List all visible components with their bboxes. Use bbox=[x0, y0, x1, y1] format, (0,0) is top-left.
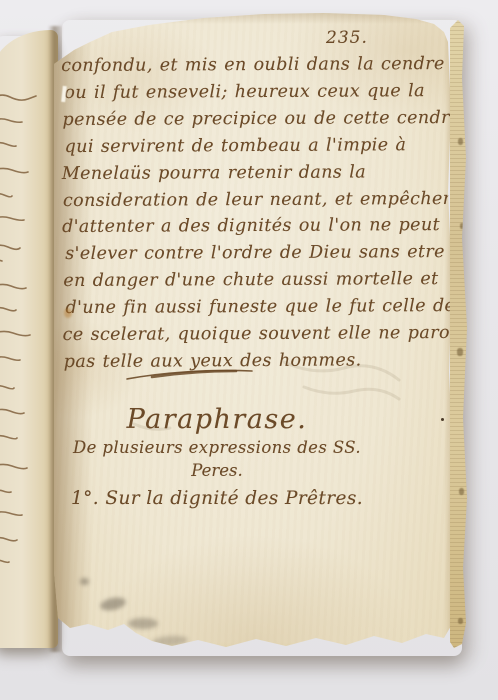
manuscript-line: ce scelerat, quoique souvent elle ne par… bbox=[63, 320, 455, 349]
manuscript-line: consideration de leur neant, et empêcher bbox=[63, 186, 454, 215]
ink-smudge bbox=[80, 578, 89, 585]
manuscript-line: qui servirent de tombeau a l'impie à bbox=[65, 132, 454, 161]
section-title: Paraphrase. bbox=[34, 405, 400, 435]
ink-smudge bbox=[99, 595, 127, 612]
manuscript-line: d'une fin aussi funeste que le fut celle… bbox=[65, 293, 454, 322]
book-fore-edge bbox=[450, 18, 468, 652]
manuscript-body: confondu, et mis en oubli dans la cendre… bbox=[61, 51, 455, 376]
section-item-1: 1°. Sur la dignité des Prêtres. bbox=[34, 488, 400, 510]
section-subtitle: De plusieurs expressions des SS. bbox=[34, 438, 400, 458]
manuscript-line: d'attenter a des dignités ou l'on ne peu… bbox=[62, 212, 454, 241]
manuscript-line: Menelaüs pourra retenir dans la bbox=[62, 159, 454, 188]
ink-smudge bbox=[128, 618, 158, 629]
edge-speck bbox=[457, 348, 463, 356]
manuscript-line: pensée de ce precipice ou de cette cendr… bbox=[62, 105, 453, 134]
edge-speck bbox=[458, 138, 463, 145]
manuscript-line: ou il fut enseveli; heureux ceux que la bbox=[64, 78, 453, 107]
edge-speck bbox=[460, 223, 464, 229]
manuscript-line: en danger d'une chute aussi mortelle et bbox=[63, 266, 454, 295]
manuscript-line: confondu, et mis en oubli dans la cendre bbox=[61, 51, 453, 80]
manuscript-line: s'elever contre l'ordre de Dieu sans etr… bbox=[65, 239, 454, 268]
ink-flourish-divider bbox=[124, 366, 256, 384]
edge-speck bbox=[459, 488, 464, 495]
edge-speck bbox=[458, 618, 463, 624]
page-number: 235. bbox=[326, 28, 368, 48]
manuscript-photo: 235. confondu, et mis en oubli dans la c… bbox=[0, 0, 498, 700]
paper-stain bbox=[64, 308, 72, 318]
manuscript-page: 235. confondu, et mis en oubli dans la c… bbox=[54, 12, 456, 662]
ink-dot bbox=[441, 418, 444, 421]
manuscript-line: pas telle aux yeux des hommes. bbox=[64, 347, 455, 376]
section-subtitle-2: Peres. bbox=[34, 461, 400, 481]
